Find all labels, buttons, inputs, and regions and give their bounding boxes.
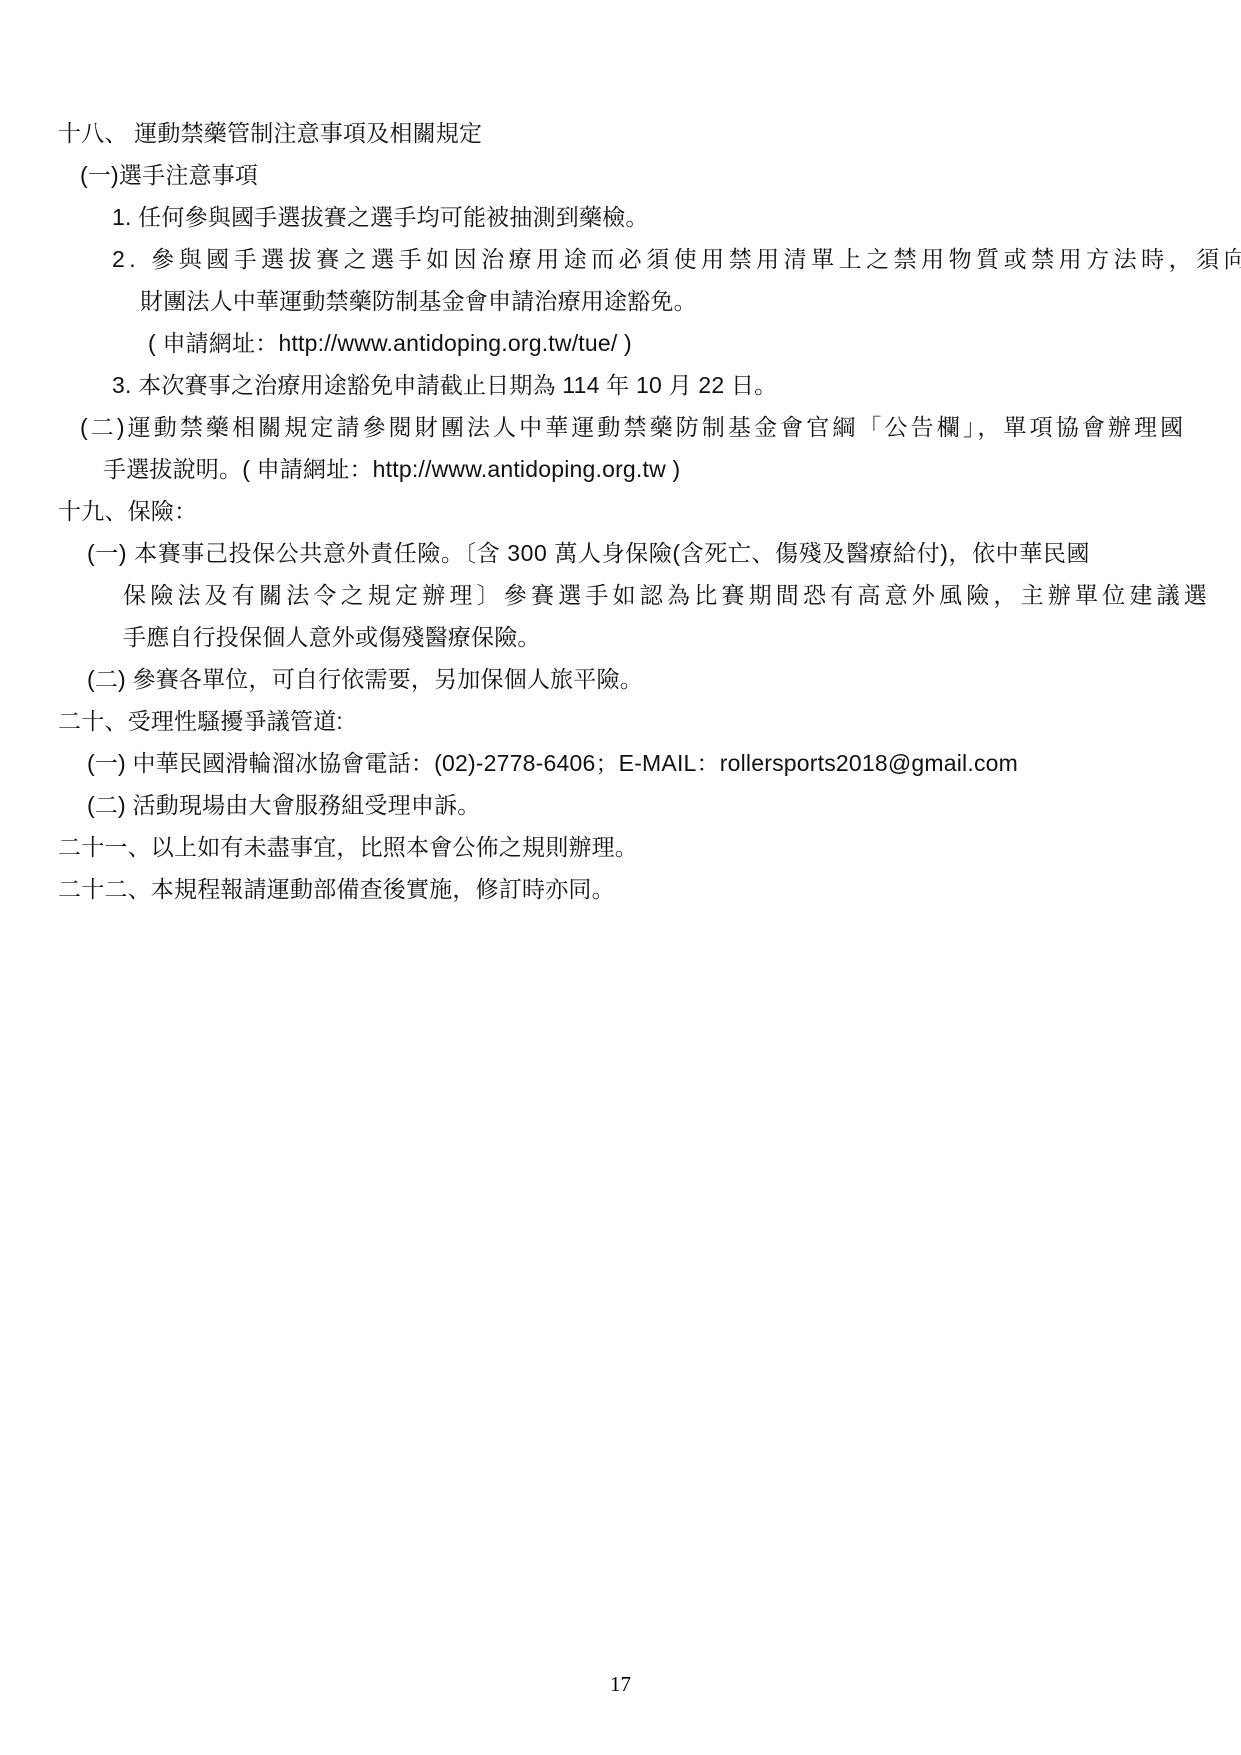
doc-line-url-tue: ( 申請網址：http://www.antidoping.org.tw/tue/… xyxy=(0,322,1241,364)
document-body: 十八、 運動禁藥管制注意事項及相關規定 (一)選手注意事項 1. 任何參與國手選… xyxy=(0,112,1241,910)
doc-line: (二)運動禁藥相關規定請參閱財團法人中華運動禁藥防制基金會官綱「公告欄」，單項協… xyxy=(0,406,1241,448)
doc-line: (二) 參賽各單位，可自行依需要，另加保個人旅平險。 xyxy=(0,658,1241,700)
section-heading-20: 二十、受理性騷擾爭議管道: xyxy=(0,700,1241,742)
doc-line-url-antidoping: 手選拔說明。( 申請網址：http://www.antidoping.org.t… xyxy=(0,448,1241,490)
doc-line: (二) 活動現場由大會服務組受理申訴。 xyxy=(0,784,1241,826)
doc-line: 財團法人中華運動禁藥防制基金會申請治療用途豁免。 xyxy=(0,280,1241,322)
doc-line: 1. 任何參與國手選拔賽之選手均可能被抽測到藥檢。 xyxy=(0,196,1241,238)
doc-line-contact: (一) 中華民國滑輪溜冰協會電話：(02)-2778-6406；E-MAIL：r… xyxy=(0,742,1241,784)
doc-line: 保險法及有關法令之規定辦理〕參賽選手如認為比賽期間恐有高意外風險，主辦單位建議選 xyxy=(0,574,1241,616)
section-heading-21: 二十一、以上如有未盡事宜，比照本會公佈之規則辦理。 xyxy=(0,826,1241,868)
doc-line: 2. 參與國手選拔賽之選手如因治療用途而必須使用禁用清單上之禁用物質或禁用方法時… xyxy=(0,238,1241,280)
document-page: 十八、 運動禁藥管制注意事項及相關規定 (一)選手注意事項 1. 任何參與國手選… xyxy=(0,0,1241,1755)
doc-line: 手應自行投保個人意外或傷殘醫療保險。 xyxy=(0,616,1241,658)
doc-line: 3. 本次賽事之治療用途豁免申請截止日期為 114 年 10 月 22 日。 xyxy=(0,364,1241,406)
section-heading-22: 二十二、本規程報請運動部備查後實施，修訂時亦同。 xyxy=(0,868,1241,910)
doc-line: (一)選手注意事項 xyxy=(0,154,1241,196)
page-number: 17 xyxy=(0,1672,1241,1697)
section-heading-18: 十八、 運動禁藥管制注意事項及相關規定 xyxy=(0,112,1241,154)
doc-line: (一) 本賽事己投保公共意外責任險。〔含 300 萬人身保險(含死亡、傷殘及醫療… xyxy=(0,532,1241,574)
section-heading-19: 十九、保險： xyxy=(0,490,1241,532)
